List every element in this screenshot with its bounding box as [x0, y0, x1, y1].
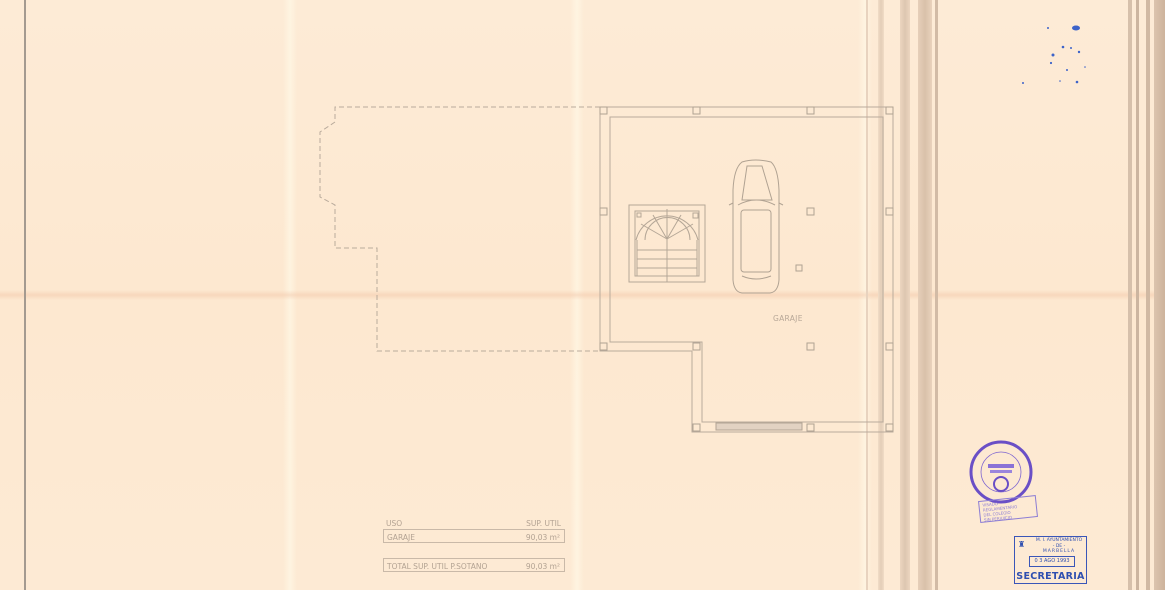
row-area: 90,03 m²	[526, 533, 560, 542]
area-row: GARAJE 90,03 m²	[383, 529, 565, 543]
stamp-line1: M. I. AYUNTAMIENTO	[1031, 538, 1087, 544]
header-use: USO	[386, 519, 402, 528]
total-area: 90,03 m²	[526, 562, 560, 571]
stamp-footer: SECRETARIA	[1015, 571, 1086, 582]
garage-inner-wall	[610, 117, 883, 422]
round-stamp-colegio	[969, 440, 1033, 504]
car-icon	[729, 160, 783, 293]
area-table-header: USO SUP. UTIL	[383, 516, 565, 530]
municipal-stamp-marbella: ♜ M. I. AYUNTAMIENTO - DE - MARBELLA 0 3…	[1014, 536, 1087, 584]
area-total-row: TOTAL SUP. UTIL P.SOTANO 90,03 m²	[383, 558, 565, 572]
coat-of-arms-icon: ♜	[1018, 540, 1025, 549]
dashed-outline	[320, 107, 600, 351]
header-area: SUP. UTIL	[526, 519, 561, 528]
structural-columns	[600, 107, 893, 431]
garage-outer-wall	[600, 107, 893, 432]
round-stamp-graphic	[969, 440, 1033, 504]
stamp-line3: MARBELLA	[1031, 549, 1087, 555]
row-use: GARAJE	[387, 533, 415, 542]
spiral-staircase	[629, 205, 705, 282]
total-label: TOTAL SUP. UTIL P.SOTANO	[387, 562, 487, 571]
stamp-date: 0 3 AGO 1993	[1029, 556, 1075, 567]
garage-door	[716, 423, 802, 430]
room-label-garaje: GARAJE	[773, 314, 803, 323]
ink-specks	[1015, 15, 1125, 95]
